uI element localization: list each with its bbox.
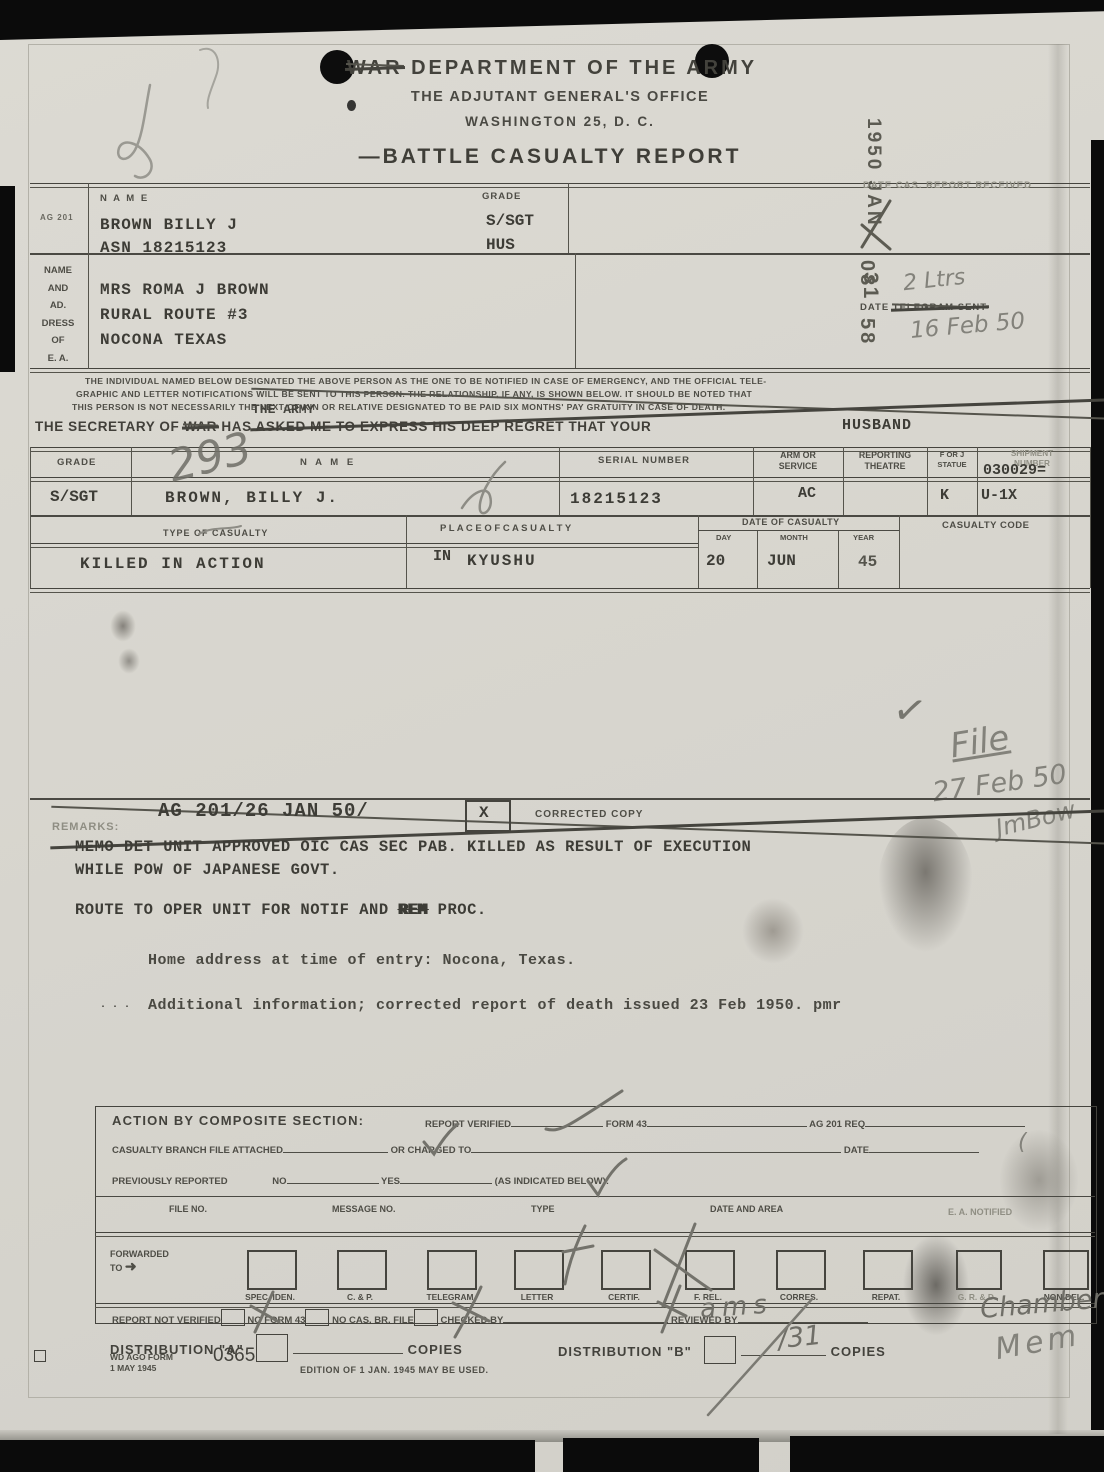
vline-type-place: [406, 515, 407, 588]
previously-reported-label: PREVIOUSLY REPORTED: [112, 1176, 228, 1187]
pencil-scratch-type: [195, 520, 245, 540]
report-not-verified-label: REPORT NOT VERIFIED: [112, 1315, 221, 1326]
line-cas-row1: [30, 515, 1090, 517]
route-pre: ROUTE TO OPER UNIT FOR NOTIF AND: [75, 901, 398, 919]
casualty-asn: ASN 18215123: [100, 239, 227, 257]
scan-edge-bottom-3: [790, 1436, 1104, 1472]
route-line: ROUTE TO OPER UNIT FOR NOTIF AND REM PRO…: [75, 901, 487, 919]
no-form-box: [305, 1309, 329, 1326]
line-date-sub: [698, 530, 899, 531]
handwritten-mark-telegram-box: [555, 1222, 600, 1287]
composite-line-1: REPORT VERIFIED FORM 43 AG 201 REQ: [425, 1117, 1025, 1130]
cas-shipment-header-1: SHIPMENT: [1011, 449, 1053, 458]
branch-file-line: [283, 1143, 388, 1153]
forwarded-label-letter: LETTER: [521, 1292, 554, 1302]
composite-line-2: CASUALTY BRANCH FILE ATTACHED OR CHARGED…: [112, 1143, 979, 1156]
forwarded-box-repat: [863, 1250, 913, 1290]
fingerprint-smudge: [742, 898, 804, 964]
battle-casualty-report-scan: WAR DEPARTMENT OF THE ARMY THE ADJUTANT …: [0, 0, 1104, 1472]
memo-line-2: WHILE POW OF JAPANESE GOVT.: [75, 861, 340, 879]
prev-yes-label: YES: [381, 1176, 400, 1187]
line-cas-bottom: [30, 588, 1090, 593]
cas-arm-header-1: ARM OR: [780, 450, 816, 460]
composite-line-3: PREVIOUSLY REPORTED NO YES (AS INDICATED…: [112, 1174, 609, 1187]
condolence-line: THE SECRETARY OF WAR HAS ASKED ME TO EXP…: [35, 419, 651, 434]
handwritten-x-no-cas: [650, 1282, 692, 1337]
leading-dots: · · ·: [100, 1002, 130, 1013]
type-casualty-value: KILLED IN ACTION: [80, 555, 266, 573]
ag201req-label: AG 201 REQ: [809, 1119, 865, 1130]
ea-street: RURAL ROUTE #3: [100, 306, 248, 324]
department-title-rest: DEPARTMENT OF THE ARMY: [411, 57, 757, 79]
cas-theatre-header-2: THEATRE: [865, 461, 906, 471]
no-cas-label: NO CAS. BR. FILE: [332, 1315, 414, 1326]
ea-label-line2: AND: [48, 283, 69, 294]
forwarded-to-label: FORWARDED TO ➜: [110, 1248, 169, 1274]
date-casualty-header: DATE OF CASUALTY: [742, 517, 840, 527]
cas-grade-header: GRADE: [57, 457, 96, 468]
vline-place-date: [698, 515, 699, 588]
forwarded-arrow-icon: ➜: [125, 1258, 137, 1274]
handwritten-check-yes: [580, 1155, 630, 1200]
distribution-a-line: [293, 1344, 403, 1354]
received-label: DATE CAS. REPORT RECEIVED: [863, 180, 1032, 191]
handwritten-x-no-form: [447, 1283, 495, 1341]
notice-line-1: THE INDIVIDUAL NAMED BELOW DESIGNATED TH…: [85, 376, 767, 386]
vline-cas-left: [30, 447, 31, 588]
forwarded-box-spec-iden: [247, 1250, 297, 1290]
handwritten-x-not-verified: [245, 1288, 285, 1336]
ea-label-line3: AD.: [50, 300, 66, 311]
prev-no-label: NO: [272, 1176, 286, 1187]
forwarded-box-c-and-p: [337, 1250, 387, 1290]
name-label: N A M E: [100, 193, 149, 204]
cas-serial-value: 18215123: [570, 490, 663, 508]
form-id-line2: 1 MAY 1945: [110, 1363, 156, 1373]
city-line: WASHINGTON 25, D. C.: [160, 114, 960, 129]
route-post: PROC.: [428, 901, 487, 919]
handwritten-check-branch-file: [418, 1120, 463, 1160]
vline-month-year: [838, 530, 839, 588]
ea-label: NAME AND AD. DRESS OF E. A.: [30, 262, 86, 367]
col-date-area: DATE AND AREA: [710, 1204, 783, 1214]
col-message-no: MESSAGE NO.: [332, 1204, 396, 1214]
ea-city: NOCONA TEXAS: [100, 331, 227, 349]
additional-info-line: Additional information; corrected report…: [148, 997, 842, 1014]
distribution-a-box: [256, 1334, 288, 1362]
ea-label-line4: DRESS: [42, 318, 75, 329]
cas-forj-header: F OR JSTATUE: [927, 450, 977, 470]
form-id-line1: WD AGO FORM: [110, 1352, 173, 1362]
telegram-label-pre: DATE: [860, 302, 889, 313]
prev-no-line: [287, 1174, 379, 1184]
stamp-strike: [858, 195, 894, 255]
cas-ship2-value: U-1X: [981, 487, 1017, 504]
vline-cas-right: [1090, 447, 1091, 588]
cas-forj-value: K: [940, 487, 949, 504]
forwarded-label-2: TO: [110, 1263, 122, 1273]
checked-by-line: [503, 1313, 668, 1323]
branch-file-label: CASUALTY BRANCH FILE ATTACHED: [112, 1145, 283, 1156]
remarks-value: AG 201/26 JAN 50/: [158, 800, 369, 822]
ag201req-line: [865, 1117, 1025, 1127]
vline-id-left-col: [88, 183, 89, 369]
forwarded-label-c-and-p: C. & P.: [347, 1292, 373, 1302]
copies-b-label: COPIES: [831, 1344, 886, 1359]
cas-name-header: N A M E: [300, 457, 356, 468]
cas-arm-header-2: SERVICE: [779, 461, 817, 471]
office-line: THE ADJUTANT GENERAL'S OFFICE: [160, 89, 960, 105]
overtype-the-army: THE ARMY: [252, 402, 1104, 417]
form-number: 0365: [213, 1345, 255, 1367]
composite-title: ACTION BY COMPOSITE SECTION:: [112, 1113, 364, 1128]
line-cas-underheader2: [30, 543, 699, 548]
ea-label-line5: OF: [51, 335, 64, 346]
cas-grade-value: S/SGT: [50, 488, 98, 506]
condolence-before: THE SECRETARY OF: [35, 419, 179, 434]
remarks-label: REMARKS:: [52, 821, 1104, 833]
place-prefix: IN: [433, 548, 451, 565]
handwritten-paren-date: (: [1018, 1130, 1027, 1155]
scan-edge-bottom-2: [563, 1438, 759, 1472]
month-value: JUN: [767, 552, 796, 570]
cas-forj-header-1: F OR J: [940, 450, 964, 459]
vline-name: [559, 447, 560, 515]
grade-value: S/SGT: [486, 212, 534, 230]
forwarded-box-grd: [956, 1250, 1002, 1290]
vline-id-right: [575, 253, 576, 368]
date-line: [869, 1143, 979, 1153]
col-type: TYPE: [531, 1204, 555, 1214]
cas-arm-value: AC: [798, 485, 816, 502]
copies-a-label: COPIES: [408, 1342, 463, 1357]
form-id-label: WD AGO FORM 1 MAY 1945: [110, 1352, 173, 1374]
report-title: —BATTLE CASUALTY REPORT: [150, 145, 950, 169]
form43-line: [647, 1117, 807, 1127]
cas-theatre-header-1: REPORTING: [859, 450, 911, 460]
casualty-code-header: CASUALTY CODE: [942, 520, 1029, 531]
left-margin-spot-2: [118, 648, 140, 674]
received-stamp-minute: 58: [855, 318, 878, 346]
ea-label-line6: E. A.: [48, 353, 69, 364]
place-value: KYUSHU: [467, 552, 537, 570]
col-ea-notified: E. A. NOTIFIED: [948, 1207, 1012, 1217]
memo-line-1: MEMO DET UNIT APPROVED OIC CAS SEC PAB. …: [75, 838, 751, 856]
scan-edge-left-bar: [0, 186, 15, 372]
ea-name: MRS ROMA J BROWN: [100, 281, 270, 299]
department-title: WAR DEPARTMENT OF THE ARMY: [0, 57, 1104, 80]
place-casualty-header: P L A C E O F C A S U A L T Y: [440, 523, 571, 534]
handwritten-check-report-verified: [540, 1085, 630, 1140]
margin-checkbox: [34, 1350, 46, 1362]
day-value: 20: [706, 552, 725, 570]
scan-edge-top: [0, 0, 1104, 40]
casualty-name: BROWN BILLY J: [100, 216, 238, 234]
cas-serial-header: SERIAL NUMBER: [598, 455, 690, 466]
home-address-line: Home address at time of entry: Nocona, T…: [148, 952, 576, 969]
forwarded-box-corres: [776, 1250, 826, 1290]
corrected-copy-mark: X: [479, 804, 489, 822]
cas-theatre-header: REPORTINGTHEATRE: [843, 450, 927, 472]
condolence-after: HAS ASKED ME TO EXPRESS HIS DEEP REGRET …: [221, 419, 651, 434]
distribution-b-label: DISTRIBUTION "B": [558, 1344, 692, 1359]
scan-edge-bottom-1: [0, 1440, 535, 1472]
cas-forj-header-2: STATUE: [937, 460, 966, 469]
forwarded-box-certif: [601, 1250, 651, 1290]
form-ref: AG 201: [40, 213, 74, 222]
cas-name-value: BROWN, BILLY J.: [165, 489, 339, 507]
date-label: DATE: [844, 1145, 869, 1156]
not-verified-box: [221, 1309, 245, 1326]
vline-grade: [131, 447, 132, 515]
route-struck-word: REM: [398, 901, 427, 919]
department-title-struck-word: WAR: [347, 57, 403, 79]
forwarded-label-1: FORWARDED: [110, 1249, 169, 1259]
year-header: YEAR: [853, 533, 874, 542]
col-file-no: FILE NO.: [169, 1204, 207, 1214]
pencil-squiggle-name-row: [450, 458, 520, 518]
telegram-label-struck: TELEGRAM SENT: [893, 302, 987, 313]
relation-code: HUS: [486, 236, 515, 254]
line-id-bottom: [30, 368, 1090, 373]
day-header: DAY: [716, 533, 731, 542]
cas-arm-header: ARM ORSERVICE: [753, 450, 843, 472]
telegram-label: DATE TELEGRAM SENT: [860, 302, 987, 313]
corrected-copy-label: CORRECTED COPY: [535, 809, 643, 820]
vline-day-month: [757, 530, 758, 588]
vline-date-code: [899, 515, 900, 588]
left-margin-spot-1: [110, 610, 136, 642]
year-value: 45: [858, 553, 877, 571]
vline-id-grade-right: [568, 183, 569, 253]
forwarded-label-repat: REPAT.: [872, 1292, 901, 1302]
no-cas-box: [414, 1309, 438, 1326]
relationship-value: HUSBAND: [842, 417, 912, 434]
forwarded-label-certif: CERTIF.: [608, 1292, 640, 1302]
month-header: MONTH: [780, 533, 808, 542]
received-stamp-hour: 08: [855, 260, 878, 288]
prev-yes-line: [400, 1174, 492, 1184]
ea-label-line1: NAME: [44, 265, 72, 276]
grade-label: GRADE: [482, 191, 521, 202]
shipment-number-value: 030029=: [983, 462, 1046, 479]
handwritten-slash-dist-b: [700, 1295, 820, 1420]
edition-note: EDITION OF 1 JAN. 1945 MAY BE USED.: [300, 1365, 489, 1375]
or-charged-line: [471, 1143, 841, 1153]
